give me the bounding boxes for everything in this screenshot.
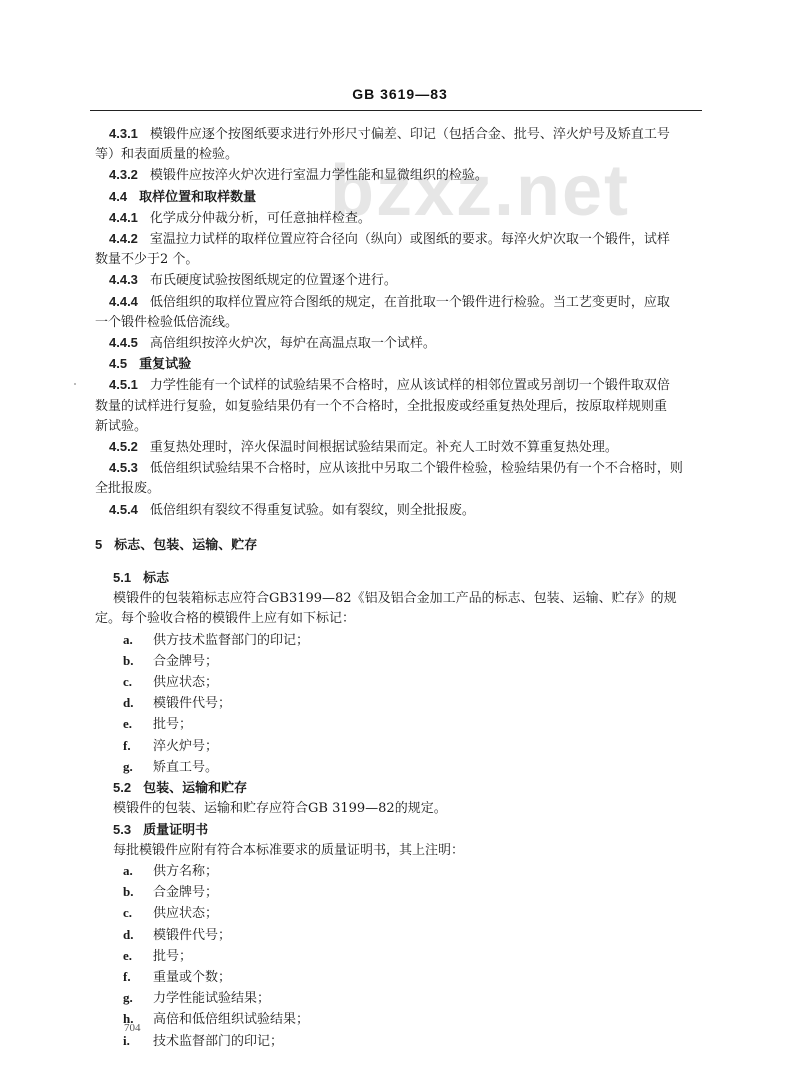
clause-4-5-2: 4.5.2重复热处理时，淬火保温时间根据试验结果而定。补充人工时效不算重复热处理… xyxy=(95,437,705,458)
list-item: f.重量或个数； xyxy=(95,967,705,988)
list-item: i.技术监督部门的印记； xyxy=(95,1031,705,1052)
list-item: d.模锻件代号； xyxy=(95,925,705,946)
clause-4-4-4: 4.4.4低倍组织的取样位置应符合图纸的规定，在首批取一个锻件进行检验。当工艺变… xyxy=(95,292,705,313)
clause-4-3-2: 4.3.2模锻件应按淬火炉次进行室温力学性能和显微组织的检验。 xyxy=(95,165,705,186)
clause-4-5-1: 4.5.1力学性能有一个试样的试验结果不合格时，应从该试样的相邻位置或另剖切一个… xyxy=(95,375,705,396)
list-item: e.批号； xyxy=(95,714,705,735)
scan-speck xyxy=(74,383,76,385)
clause-4-4-3: 4.4.3布氏硬度试验按图纸规定的位置逐个进行。 xyxy=(95,270,705,291)
section-4-5-heading: 4.5重复试验 xyxy=(95,354,705,375)
section-5-2-para: 模锻件的包装、运输和贮存应符合GB 3199—82的规定。 xyxy=(95,799,705,819)
list-item: h.高倍和低倍组织试验结果； xyxy=(95,1009,705,1030)
list-item: c.供应状态； xyxy=(95,903,705,924)
clause-4-5-1-cont2: 新试验。 xyxy=(95,417,705,437)
section-5-heading: 5标志、包装、运输、贮存 xyxy=(95,535,705,556)
clause-4-4-2-cont: 数量不少于2 个。 xyxy=(95,250,705,270)
list-item: a.供方技术监督部门的印记； xyxy=(95,630,705,651)
list-item: d.模锻件代号； xyxy=(95,693,705,714)
certificate-list: a.供方名称； b.合金牌号； c.供应状态； d.模锻件代号； e.批号； f… xyxy=(95,861,705,1052)
header-rule xyxy=(90,110,702,111)
section-5-2-heading: 5.2包装、运输和贮存 xyxy=(95,778,705,799)
clause-4-4-4-cont: 一个锻件检验低倍流线。 xyxy=(95,313,705,333)
section-4-4-heading: 4.4取样位置和取样数量 xyxy=(95,187,705,208)
list-item: g.力学性能试验结果； xyxy=(95,988,705,1009)
marking-list: a.供方技术监督部门的印记； b.合金牌号； c.供应状态； d.模锻件代号； … xyxy=(95,630,705,778)
section-5-3-para: 每批模锻件应附有符合本标准要求的质量证明书，其上注明： xyxy=(95,841,705,861)
list-item: b.合金牌号； xyxy=(95,882,705,903)
section-5-1-heading: 5.1标志 xyxy=(95,568,705,589)
document-header-title: GB 3619—83 xyxy=(0,86,800,102)
section-5-3-heading: 5.3质量证明书 xyxy=(95,820,705,841)
clause-4-4-2: 4.4.2室温拉力试样的取样位置应符合径向（纵向）或图纸的要求。每淬火炉次取一个… xyxy=(95,229,705,250)
list-item: g.矫直工号。 xyxy=(95,757,705,778)
clause-4-4-1: 4.4.1化学成分仲裁分析，可任意抽样检查。 xyxy=(95,208,705,229)
list-item: e.批号； xyxy=(95,946,705,967)
list-item: a.供方名称； xyxy=(95,861,705,882)
clause-4-5-3-cont: 全批报废。 xyxy=(95,479,705,499)
section-5-1-para: 模锻件的包装箱标志应符合GB3199—82《铝及铝合金加工产品的标志、包装、运输… xyxy=(95,589,705,609)
clause-4-4-5: 4.4.5高倍组织按淬火炉次，每炉在高温点取一个试样。 xyxy=(95,333,705,354)
document-body: 4.3.1模锻件应逐个按图纸要求进行外形尺寸偏差、印记（包括合金、批号、淬火炉号… xyxy=(95,124,705,1052)
clause-4-5-4: 4.5.4低倍组织有裂纹不得重复试验。如有裂纹，则全批报废。 xyxy=(95,500,705,521)
clause-4-3-1: 4.3.1模锻件应逐个按图纸要求进行外形尺寸偏差、印记（包括合金、批号、淬火炉号… xyxy=(95,124,705,145)
list-item: b.合金牌号； xyxy=(95,651,705,672)
clause-4-5-1-cont: 数量的试样进行复验，如复验结果仍有一个不合格时，全批报废或经重复热处理后，按原取… xyxy=(95,397,705,417)
list-item: c.供应状态； xyxy=(95,672,705,693)
section-5-1-para-cont: 定。每个验收合格的模锻件上应有如下标记： xyxy=(95,609,705,629)
clause-4-3-1-cont: 等）和表面质量的检验。 xyxy=(95,145,705,165)
clause-4-5-3: 4.5.3低倍组织试验结果不合格时，应从该批中另取二个锻件检验，检验结果仍有一个… xyxy=(95,458,705,479)
list-item: f.淬火炉号； xyxy=(95,736,705,757)
